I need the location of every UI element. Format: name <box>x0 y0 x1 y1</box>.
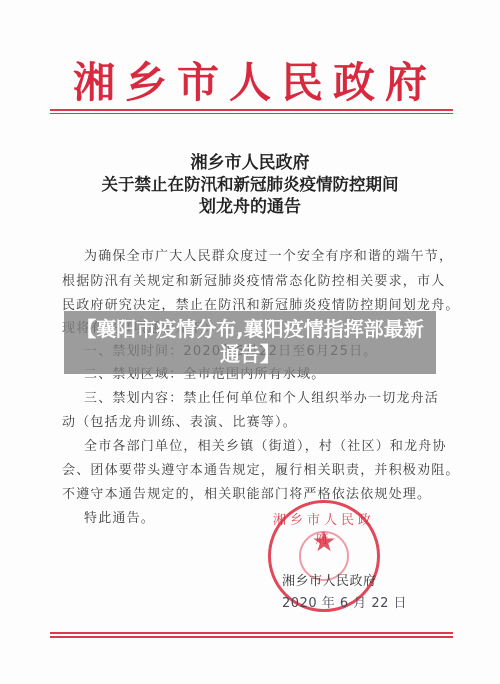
letterhead-rule-top <box>50 109 453 111</box>
intro-line-2: 根据防汛有关规定和新冠肺炎疫情常态化防控相关要求，市人 <box>62 273 432 291</box>
closing-line-2: 会、团体要带头遵守本通告规定，履行相关职责，并积极劝阻。 <box>62 462 432 480</box>
closing-line-3: 不遵守本通告规定的，相关职能部门将严格依法依规处理。 <box>62 486 432 504</box>
heading-notice: 划龙舟的通告 <box>0 196 500 218</box>
star-icon: ★ <box>309 527 339 557</box>
heading-subject: 关于禁止在防汛和新冠肺炎疫情防控期间 <box>0 174 500 196</box>
signature-date: 2020 年 6 月 22 日 <box>282 592 407 611</box>
document-page: 湘乡市人民政府 湘乡市人民政府 关于禁止在防汛和新冠肺炎疫情防控期间 划龙舟的通… <box>0 0 500 684</box>
item-content-1: 三、禁划内容：禁止任何单位和个人组织举办一切龙舟活 <box>84 390 454 408</box>
heading-issuer: 湘乡市人民政府 <box>0 152 500 174</box>
closing-line-1: 全市各部门单位，相关乡镇（街道），村（社区）和龙舟协 <box>84 438 454 456</box>
letterhead-rule-bottom <box>50 113 453 114</box>
intro-line-1: 为确保全市广大人民群众度过一个安全有序和谐的端午节， <box>84 248 454 266</box>
footer-rule-top <box>50 632 453 634</box>
footer-rule-bottom <box>50 636 453 638</box>
closing-line-4: 特此通告。 <box>84 510 454 528</box>
letterhead-title: 湘乡市人民政府 <box>0 60 500 106</box>
item-content-2: 动（包括龙舟训练、表演、比赛等）。 <box>62 414 432 432</box>
signature-name: 湘乡市人民政府 <box>282 570 377 589</box>
overlay-title-banner: 【襄阳市疫情分布,襄阳疫情指挥部最新通告】 <box>64 311 436 374</box>
